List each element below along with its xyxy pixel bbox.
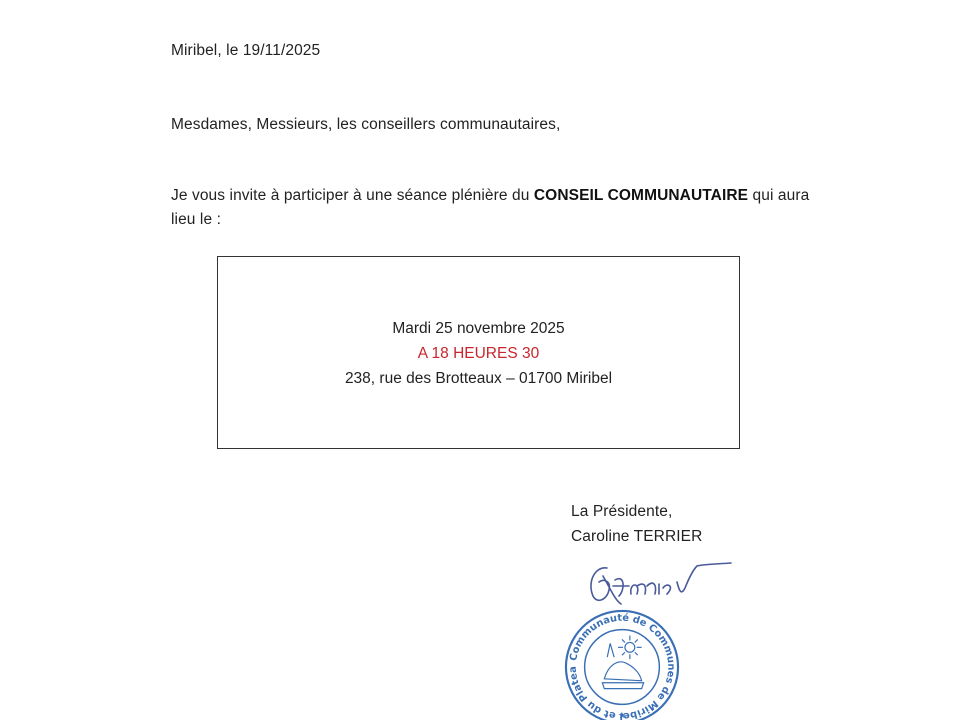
meeting-details-box: Mardi 25 novembre 2025 A 18 HEURES 30 23… bbox=[217, 256, 740, 449]
handwritten-signature-icon bbox=[585, 560, 735, 610]
meeting-date: Mardi 25 novembre 2025 bbox=[218, 320, 739, 338]
council-name: CONSEIL COMMUNAUTAIRE bbox=[534, 187, 748, 204]
invitation-text-after: qui aura bbox=[748, 187, 809, 204]
invitation-text-before: Je vous invite à participer à une séance… bbox=[171, 187, 534, 204]
invitation-line-1: Je vous invite à participer à une séance… bbox=[171, 187, 809, 205]
meeting-time: A 18 HEURES 30 bbox=[218, 345, 739, 363]
letter-date: Miribel, le 19/11/2025 bbox=[171, 42, 320, 60]
signatory-title: La Présidente, bbox=[571, 503, 672, 521]
meeting-address: 238, rue des Brotteaux – 01700 Miribel bbox=[218, 370, 739, 388]
stamp-seal-icon: Communauté de Communes de Miribel et du … bbox=[563, 608, 681, 720]
signatory-name: Caroline TERRIER bbox=[571, 528, 702, 546]
svg-text:★: ★ bbox=[618, 711, 626, 720]
salutation: Mesdames, Messieurs, les conseillers com… bbox=[171, 116, 560, 134]
invitation-line-2: lieu le : bbox=[171, 211, 221, 229]
